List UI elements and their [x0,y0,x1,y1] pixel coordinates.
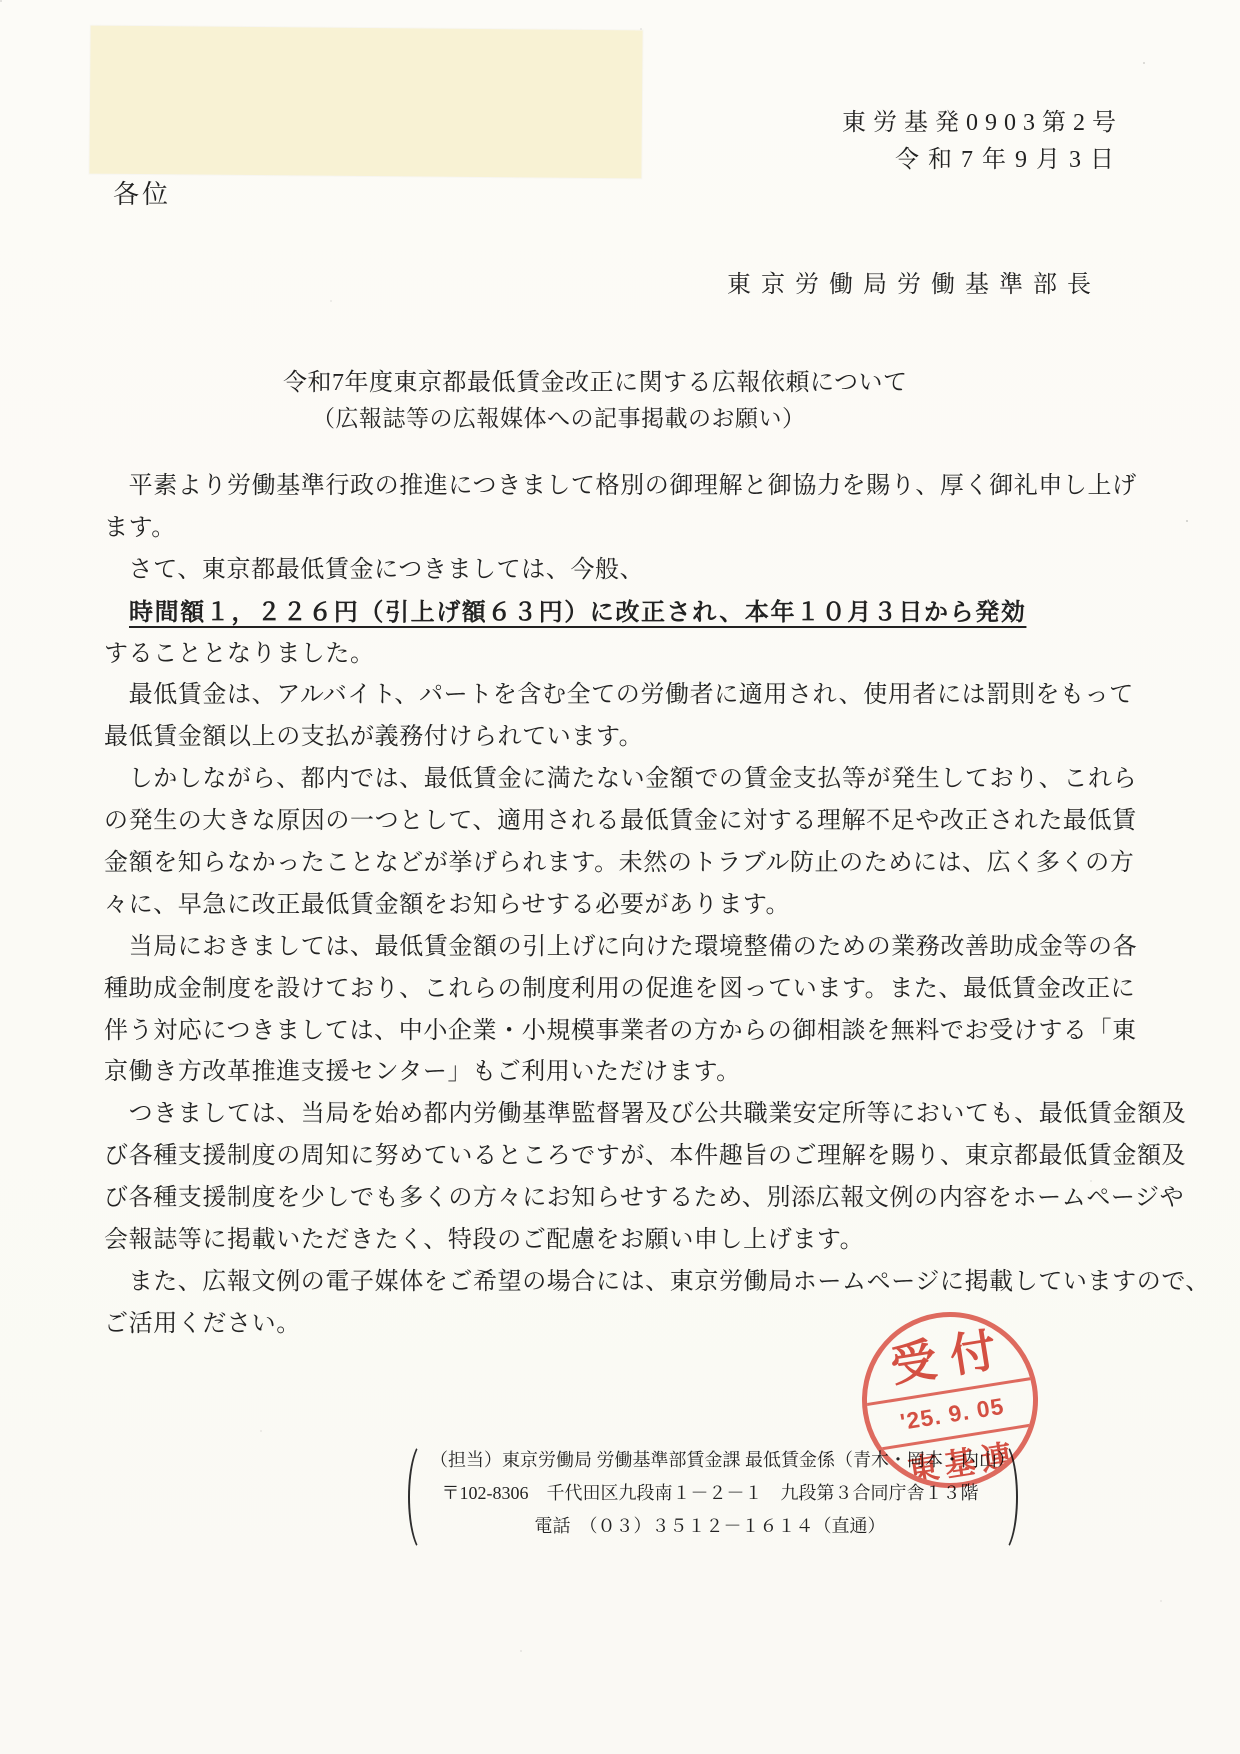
body-line: 平素より労働基準行政の推進につきまして格別の御理解と御協力を賜り、厚く御礼申し上… [104,466,1210,508]
scan-speckles [0,0,2,2]
body-text: 平素より労働基準行政の推進につきまして格別の御理解と御協力を賜り、厚く御礼申し上… [104,466,1210,1346]
doc-date: 令和7年9月3日 [895,139,1123,174]
letter-page: 東労基発0903第2号 令和7年9月3日 各位 東京労働局労働基準部長 令和7年… [0,0,1240,1754]
body-line: ます。 [104,508,1210,550]
letter-subtitle: （広報誌等の広報媒体への記事掲載のお願い） [312,400,806,433]
body-line: 々に、早急に改正最低賃金額をお知らせする必要があります。 [104,885,1210,927]
body-line: ご活用ください。 [104,1304,1210,1346]
body-line: 当局におきましては、最低賃金額の引上げに向けた環境整備のための業務改善助成金等の… [104,927,1210,969]
body-line: 時間額１，２２６円（引上げ額６３円）に改正され、本年１０月３日から発効 [104,592,1210,634]
redaction-sticky-note [89,26,642,179]
body-line: することとなりました。 [104,634,1210,676]
body-line: び各種支援制度の周知に努めているところですが、本件趣旨のご理解を賜り、東京都最低… [104,1136,1210,1178]
body-line: 金額を知らなかったことなどが挙げられます。未然のトラブル防止のためには、広く多く… [104,843,1210,885]
body-line: び各種支援制度を少しでも多くの方々にお知らせするため、別添広報文例の内容をホーム… [104,1178,1210,1220]
body-line: の発生の大きな原因の一つとして、適用される最低賃金に対する理解不足や改正された最… [104,801,1210,843]
body-line: 種助成金制度を設けており、これらの制度利用の促進を図っています。また、最低賃金改… [104,969,1210,1011]
body-line: 会報誌等に掲載いただきたく、特段のご配慮をお願い申し上げます。 [104,1220,1210,1262]
body-line: つきましては、当局を始め都内労働基準監督署及び公共職業安定所等においても、最低賃… [104,1094,1210,1136]
body-line: 京働き方改革推進支援センター」もご利用いただけます。 [104,1052,1210,1094]
body-line: また、広報文例の電子媒体をご希望の場合には、東京労働局ホームページに掲載していま… [104,1262,1210,1304]
contact-line: 〒102-8306 千代田区九段南１－２－１ 九段第３合同庁舎１３階 [430,1477,990,1510]
letter-title: 令和7年度東京都最低賃金改正に関する広報依頼について [283,362,908,397]
contact-line: 電話 （０３）３５１２－１６１４（直通） [430,1510,990,1543]
doc-number: 東労基発0903第2号 [842,102,1123,137]
addressee: 各位 [113,174,171,211]
body-line: 最低賃金は、アルバイト、パートを含む全ての労働者に適用され、使用者には罰則をもっ… [104,675,1210,717]
body-line: 最低賃金額以上の支払が義務付けられています。 [104,717,1210,759]
sender-name: 東京労働局労働基準部長 [727,264,1101,299]
body-line: 伴う対応につきましては、中小企業・小規模事業者の方からの御相談を無料でお受けする… [104,1011,1210,1053]
body-line: しかしながら、都内では、最低賃金に満たない金額での賃金支払等が発生しており、これ… [104,759,1210,801]
body-line: さて、東京都最低賃金につきましては、今般、 [104,550,1210,592]
